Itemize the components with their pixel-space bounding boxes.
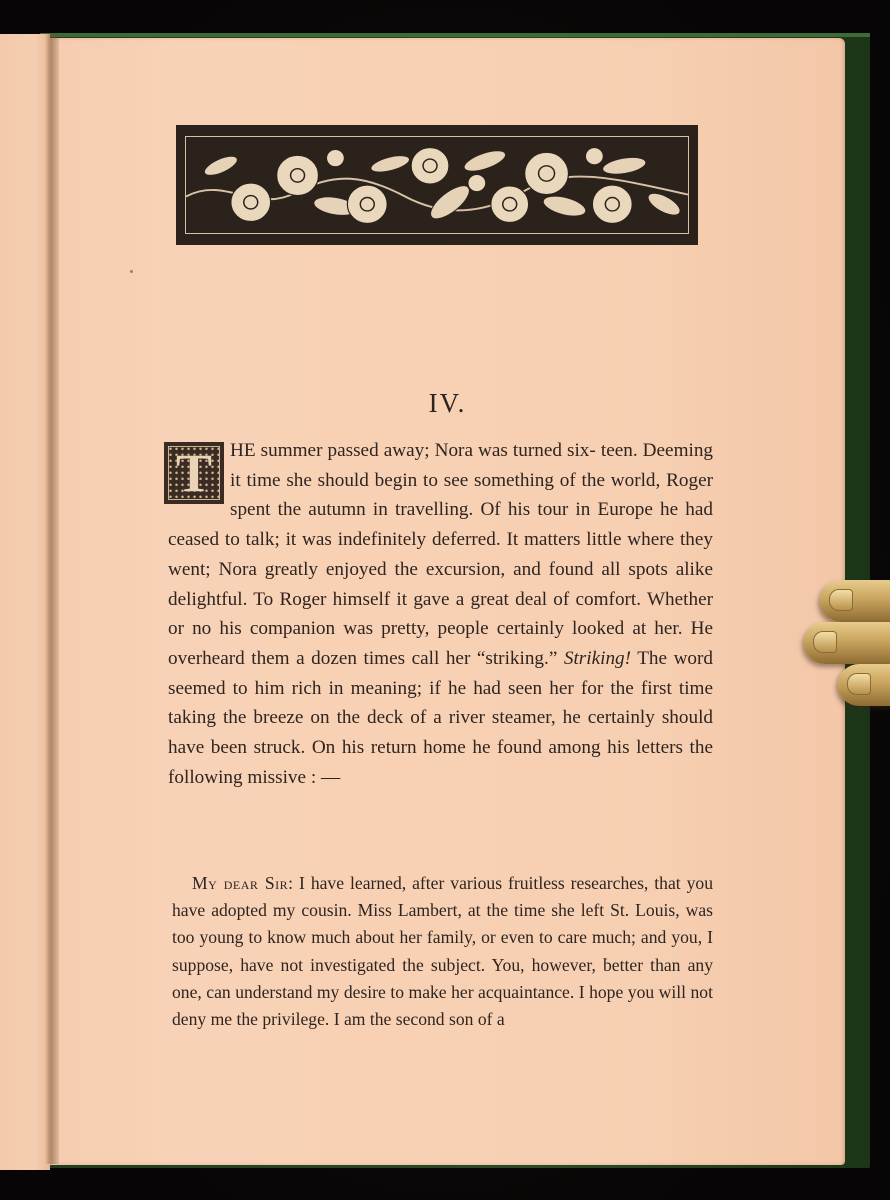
italic-emphasis: Striking! <box>564 648 631 669</box>
clip-finger <box>804 622 890 664</box>
floral-headpiece-ornament <box>176 125 698 245</box>
clip-fingernail <box>813 631 837 653</box>
clip-finger <box>820 580 890 622</box>
drop-cap-letter: T <box>176 446 212 500</box>
salutation-separator: : <box>288 873 299 893</box>
drop-cap-frame: T <box>168 446 220 500</box>
book-page: IV. T HE summer passed away; Nora was tu… <box>50 38 845 1165</box>
book-gutter <box>45 34 59 1164</box>
gold-hand-page-clip <box>795 540 890 710</box>
clip-fingernail <box>847 673 871 695</box>
letter-body: I have learned, after various fruitless … <box>172 873 713 1029</box>
paragraph-line-1: HE summer passed away; Nora was turned s… <box>230 440 596 461</box>
quoted-letter: My dear Sir: I have learned, after vario… <box>172 870 713 1033</box>
paper-speck <box>130 270 133 273</box>
chapter-numeral: IV. <box>50 388 845 419</box>
left-facing-page <box>0 34 50 1170</box>
chapter-body: T HE summer passed away; Nora was turned… <box>168 436 713 792</box>
ornament-frame <box>185 136 689 234</box>
floral-pattern-icon <box>186 137 688 233</box>
letter-salutation: My dear Sir <box>192 873 288 893</box>
clip-finger <box>838 664 890 706</box>
opening-paragraph: HE summer passed away; Nora was turned s… <box>168 436 713 792</box>
clip-fingernail <box>829 589 853 611</box>
paper-speck <box>605 958 607 960</box>
decorative-drop-cap: T <box>164 442 224 504</box>
paragraph-body: in travelling. Of his tour in Europe he … <box>168 499 713 669</box>
